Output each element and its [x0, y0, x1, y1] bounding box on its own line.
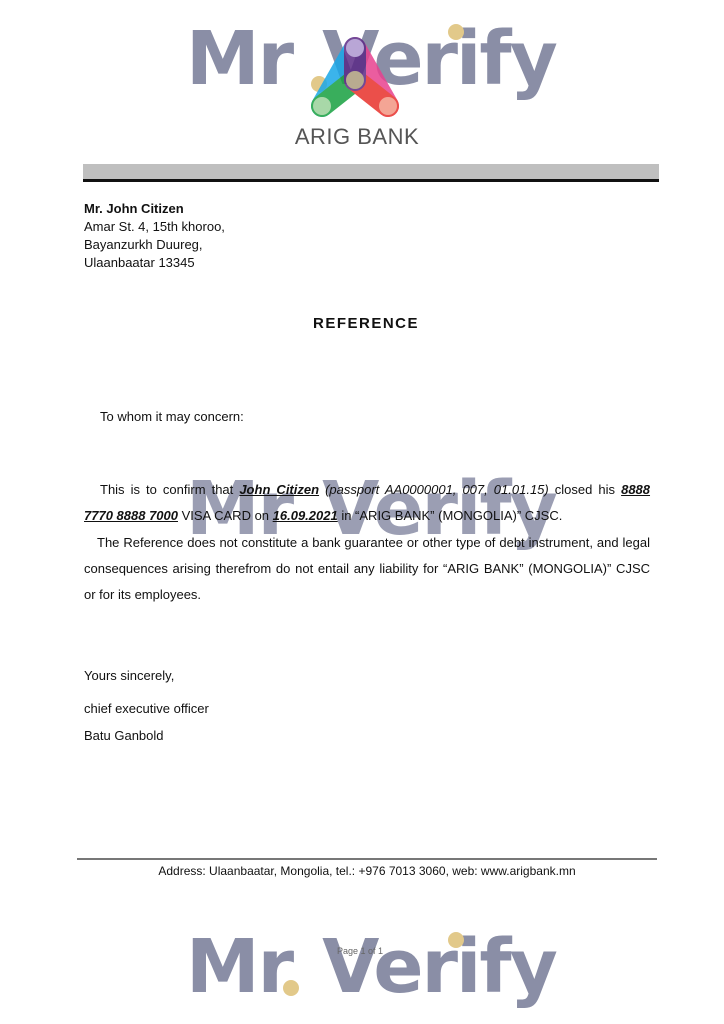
text: VISA CARD on — [178, 508, 273, 523]
address-line: Bayanzurkh Duureg, — [84, 236, 225, 254]
text: closed his — [549, 482, 621, 497]
watermark-text-right: Verify — [322, 924, 556, 1010]
watermark-dot — [283, 980, 299, 996]
disclaimer-paragraph: The Reference does not constitute a bank… — [84, 530, 650, 608]
recipient-address: Mr. John Citizen Amar St. 4, 15th khoroo… — [84, 200, 225, 272]
watermark-bottom: MrVerify — [186, 930, 556, 1004]
page-number: Page 1 of 1 — [337, 946, 383, 956]
document-page: MrVerify ARIG BANK Mr. John Citizen Amar… — [0, 0, 724, 1024]
arig-bank-logo-icon — [300, 28, 410, 123]
signer-name: Batu Ganbold — [84, 728, 164, 743]
watermark-dot — [448, 24, 464, 40]
text: in “ARIG BANK” (MONGOLIA)” CJSC. — [338, 508, 563, 523]
greeting: To whom it may concern: — [100, 409, 244, 424]
text: This is to confirm that — [100, 482, 239, 497]
watermark-text-left: Mr — [186, 924, 292, 1010]
header-divider — [83, 179, 659, 182]
watermark-dot — [448, 932, 464, 948]
watermark-text-left: Mr — [186, 16, 292, 102]
header-bar — [83, 164, 659, 179]
address-line: Amar St. 4, 15th khoroo, — [84, 218, 225, 236]
recipient-name: Mr. John Citizen — [84, 200, 225, 218]
footer-divider — [77, 858, 657, 860]
salutation: Yours sincerely, — [84, 668, 174, 683]
document-title: REFERENCE — [0, 315, 724, 332]
footer-address: Address: Ulaanbaatar, Mongolia, tel.: +9… — [77, 864, 657, 878]
confirmation-paragraph: This is to confirm that John Citizen (pa… — [84, 477, 650, 529]
bank-name: ARIG BANK — [287, 124, 427, 150]
closed-date: 16.09.2021 — [273, 508, 338, 523]
holder-name: John Citizen — [239, 482, 319, 497]
passport-details: (passport AA0000001, 007, 01.01.15) — [319, 482, 549, 497]
address-line: Ulaanbaatar 13345 — [84, 254, 225, 272]
signer-position: chief executive officer — [84, 701, 209, 716]
